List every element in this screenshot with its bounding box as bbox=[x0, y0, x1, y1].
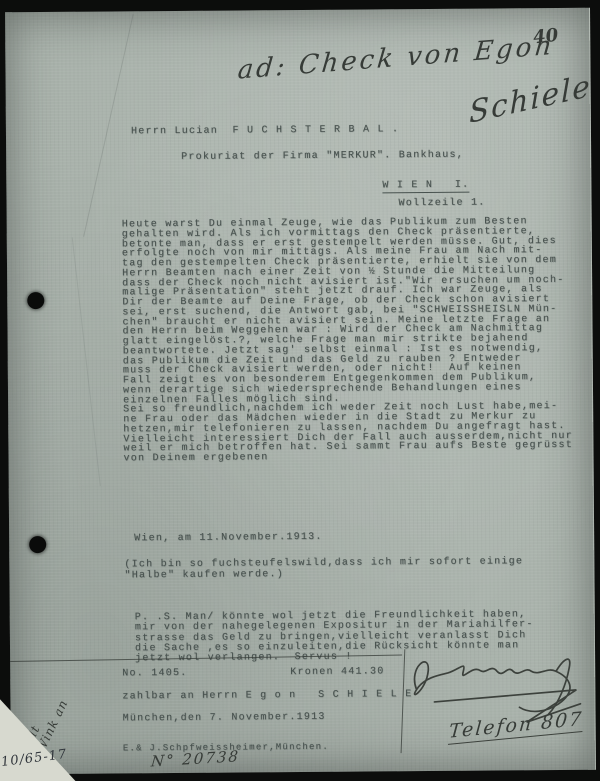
text-line: "Halbe" kaufen werde.) bbox=[124, 567, 523, 581]
crease-line bbox=[83, 14, 134, 237]
crease-line bbox=[72, 237, 101, 486]
pencil-divider bbox=[401, 649, 406, 753]
check-amount: Kronen 441.30 bbox=[290, 666, 384, 678]
paper-sheet: 40 ad: Check von Egon Schiele Herrn Luci… bbox=[5, 8, 596, 775]
check-payable: zahlbar an Herrn E g o n S C H I E L E bbox=[122, 689, 412, 702]
recipient-street: Wollzeile 1. bbox=[398, 198, 485, 210]
recipient-name: Herrn Lucian F U C H S T E R B A L . bbox=[131, 124, 399, 137]
header-note-line1: ad: Check von Egon bbox=[236, 31, 555, 86]
letter-body: Heute warst Du einmal Zeuge, wie das Pub… bbox=[122, 217, 584, 464]
parenthetical-note: (Ich bin so fuchsteufelswild,dass ich mi… bbox=[124, 556, 523, 581]
date-line: Wien, am 11.November.1913. bbox=[134, 532, 323, 544]
scanned-letter: 40 ad: Check von Egon Schiele Herrn Luci… bbox=[0, 0, 600, 781]
recipient-city: W I E N I. bbox=[382, 180, 469, 194]
check-place-date: München,den 7. November.1913 bbox=[123, 712, 326, 725]
recipient-firm: Prokuriat der Firma "MERKUR". Bankhaus, bbox=[181, 150, 464, 163]
punch-hole-top bbox=[27, 292, 44, 309]
check-number: No. 1405. bbox=[122, 668, 187, 680]
text-line: von Deinem ergebenen bbox=[123, 451, 583, 464]
punch-hole-bottom bbox=[29, 536, 46, 553]
header-note-line2: Schiele bbox=[469, 68, 592, 131]
